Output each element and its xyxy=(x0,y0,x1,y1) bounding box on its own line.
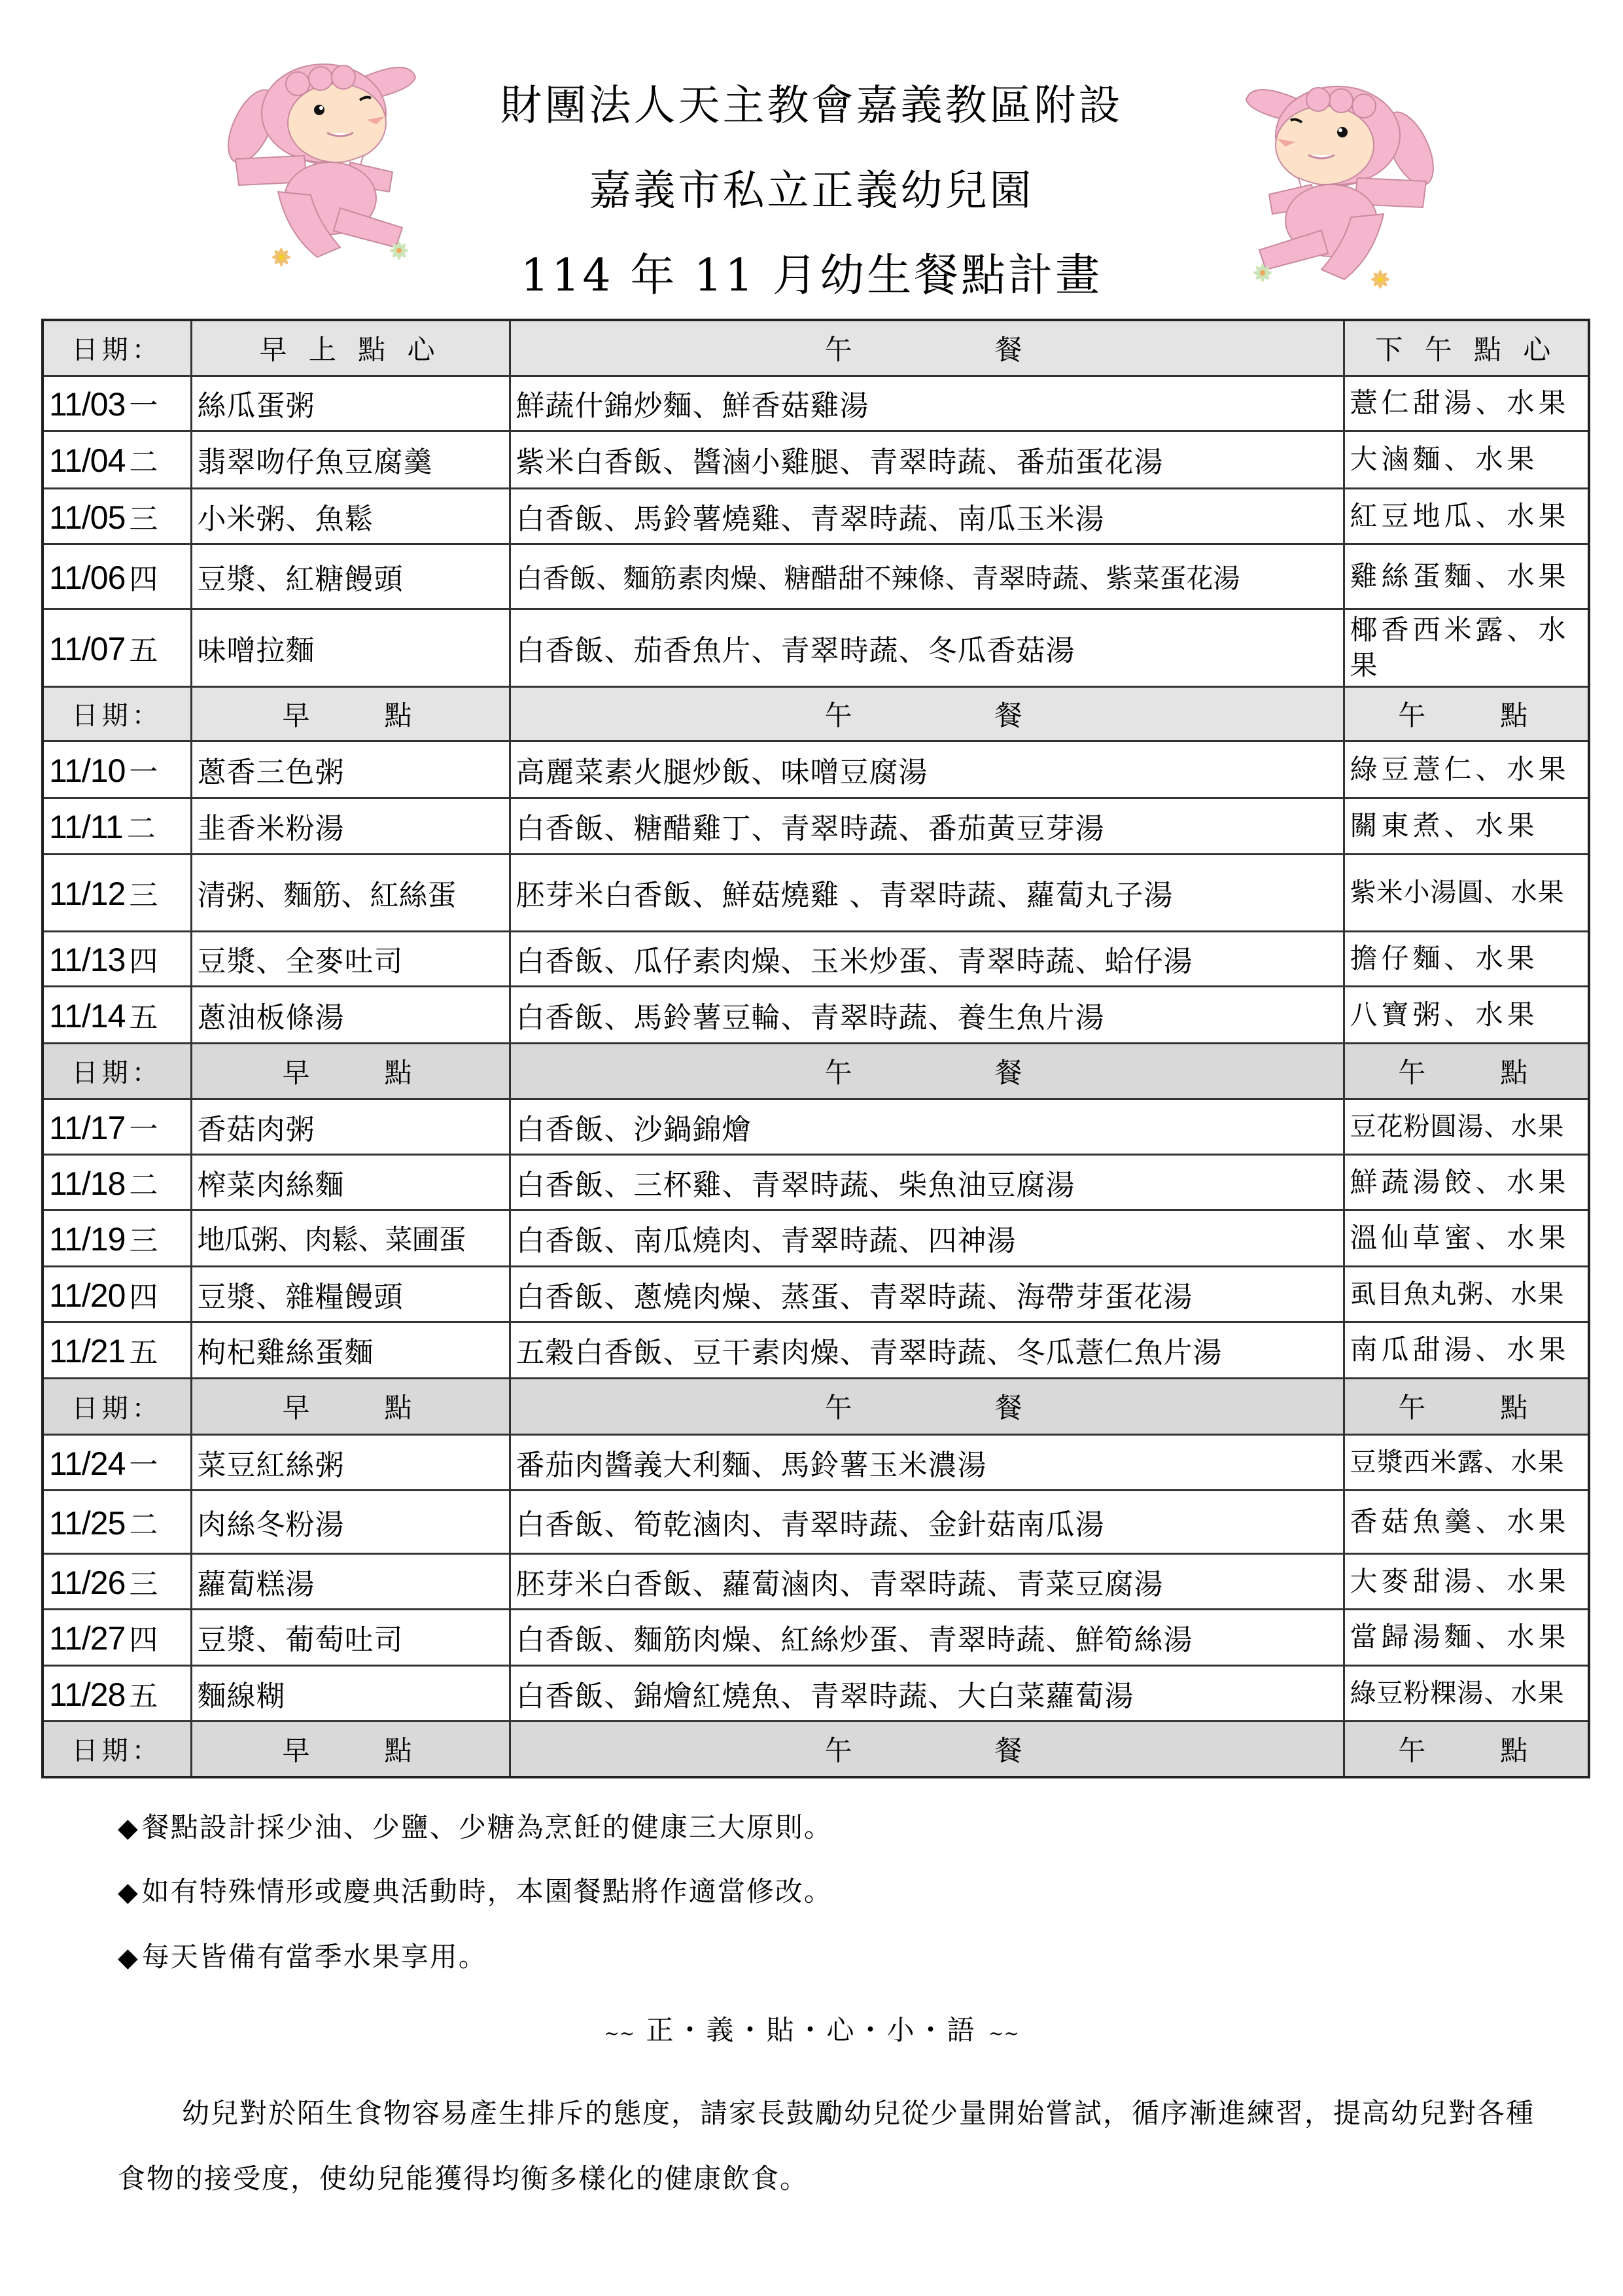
header-breakfast: 早 點 xyxy=(191,1378,510,1434)
date-cell: 11/03一 xyxy=(43,376,191,431)
date-cell: 11/19三 xyxy=(43,1210,191,1266)
date-cell: 11/11二 xyxy=(43,798,191,854)
table-row: 11/17一 香菇肉粥 白香飯、沙鍋錦燴 豆花粉圓湯、水果 xyxy=(43,1099,1589,1154)
diamond-bullet-icon: ◆ xyxy=(118,1943,139,1973)
weekday: 一 xyxy=(129,756,157,789)
snack-cell: 紫米小湯圓、水果 xyxy=(1344,854,1589,931)
diamond-bullet-icon: ◆ xyxy=(118,1877,139,1907)
lunch-cell: 高麗菜素火腿炒飯、味噌豆腐湯 xyxy=(510,741,1344,798)
header-date: 日期： xyxy=(43,1378,191,1434)
table-row: 11/05三 小米粥、魚鬆 白香飯、馬鈴薯燒雞、青翠時蔬、南瓜玉米湯 紅豆地瓜、… xyxy=(43,488,1589,544)
header-breakfast: 早 點 xyxy=(191,1721,510,1777)
table-row: 11/14五 蔥油板條湯 白香飯、馬鈴薯豆輪、青翠時蔬、養生魚片湯 八寶粥、水果 xyxy=(43,986,1589,1043)
note-item: ◆每天皆備有當季水果享用。 xyxy=(118,1935,487,1975)
lunch-cell: 白香飯、三杯雞、青翠時蔬、柴魚油豆腐湯 xyxy=(510,1154,1344,1210)
lunch-cell: 五穀白香飯、豆干素肉燥、青翠時蔬、冬瓜薏仁魚片湯 xyxy=(510,1322,1344,1378)
table-footer-header-row: 日期： 早 點 午 餐 午 點 xyxy=(43,1721,1589,1777)
date-value: 11/24 xyxy=(49,1445,125,1482)
date-cell: 11/24一 xyxy=(43,1434,191,1490)
weekday: 四 xyxy=(129,945,157,978)
weekday: 三 xyxy=(129,879,157,912)
header-date: 日期： xyxy=(43,320,191,376)
weekday: 一 xyxy=(129,1449,157,1482)
date-cell: 11/14五 xyxy=(43,986,191,1043)
table-row: 11/25二 肉絲冬粉湯 白香飯、筍乾滷肉、青翠時蔬、金針菇南瓜湯 香菇魚羹、水… xyxy=(43,1490,1589,1553)
weekday: 二 xyxy=(129,1508,157,1542)
header-snack: 下 午 點 心 xyxy=(1344,320,1589,376)
date-cell: 11/10一 xyxy=(43,741,191,798)
date-value: 11/11 xyxy=(49,809,123,845)
date-cell: 11/07五 xyxy=(43,609,191,686)
note-text: 每天皆備有當季水果享用。 xyxy=(142,1941,487,1973)
date-cell: 11/26三 xyxy=(43,1553,191,1609)
meal-plan-table: 日期： 早 上 點 心 午 餐 下 午 點 心 11/03一 絲瓜蛋粥 鮮蔬什錦… xyxy=(41,319,1590,1778)
date-value: 11/20 xyxy=(49,1277,125,1314)
lunch-cell: 白香飯、馬鈴薯豆輪、青翠時蔬、養生魚片湯 xyxy=(510,986,1344,1043)
snack-cell: 大滷麵、水果 xyxy=(1344,431,1589,488)
weekday: 五 xyxy=(129,1001,157,1034)
table-row: 11/24一 菜豆紅絲粥 番茄肉醬義大利麵、馬鈴薯玉米濃湯 豆漿西米露、水果 xyxy=(43,1434,1589,1490)
header-lunch: 午 餐 xyxy=(510,320,1344,376)
tip-heading: ~~ 正・義・貼・心・小・語 ~~ xyxy=(0,2009,1623,2048)
header-date: 日期： xyxy=(43,686,191,741)
table-row: 11/07五 味噌拉麵 白香飯、茄香魚片、青翠時蔬、冬瓜香菇湯 椰香西米露、水果 xyxy=(43,609,1589,686)
breakfast-cell: 翡翠吻仔魚豆腐羹 xyxy=(191,431,510,488)
header-breakfast: 早 上 點 心 xyxy=(191,320,510,376)
date-value: 11/26 xyxy=(49,1564,125,1601)
date-value: 11/13 xyxy=(49,942,125,978)
breakfast-cell: 豆漿、全麥吐司 xyxy=(191,931,510,986)
table-row: 11/20四 豆漿、雜糧饅頭 白香飯、蔥燒肉燥、蒸蛋、青翠時蔬、海帶芽蛋花湯 虱… xyxy=(43,1266,1589,1322)
date-value: 11/14 xyxy=(49,998,125,1034)
table-header-row: 日期： 早 上 點 心 午 餐 下 午 點 心 xyxy=(43,320,1589,376)
header-date: 日期： xyxy=(43,1721,191,1777)
lunch-cell: 白香飯、南瓜燒肉、青翠時蔬、四神湯 xyxy=(510,1210,1344,1266)
lunch-cell: 胚芽米白香飯、蘿蔔滷肉、青翠時蔬、青菜豆腐湯 xyxy=(510,1553,1344,1609)
weekday: 三 xyxy=(129,1568,157,1601)
date-cell: 11/20四 xyxy=(43,1266,191,1322)
weekday: 四 xyxy=(129,1280,157,1314)
snack-cell: 南瓜甜湯、水果 xyxy=(1344,1322,1589,1378)
tilde-decoration: ~~ xyxy=(988,2022,1019,2044)
snack-cell: 香菇魚羹、水果 xyxy=(1344,1490,1589,1553)
date-cell: 11/17一 xyxy=(43,1099,191,1154)
lunch-cell: 番茄肉醬義大利麵、馬鈴薯玉米濃湯 xyxy=(510,1434,1344,1490)
header-breakfast: 早 點 xyxy=(191,686,510,741)
lunch-cell: 白香飯、糖醋雞丁、青翠時蔬、番茄黃豆芽湯 xyxy=(510,798,1344,854)
note-text: 餐點設計採少油、少鹽、少糖為烹飪的健康三大原則。 xyxy=(142,1811,833,1843)
weekday: 五 xyxy=(129,1680,157,1713)
breakfast-cell: 清粥、麵筋、紅絲蛋 xyxy=(191,854,510,931)
breakfast-cell: 香菇肉粥 xyxy=(191,1099,510,1154)
header-lunch: 午 餐 xyxy=(510,686,1344,741)
lunch-cell: 白香飯、馬鈴薯燒雞、青翠時蔬、南瓜玉米湯 xyxy=(510,488,1344,544)
breakfast-cell: 蘿蔔糕湯 xyxy=(191,1553,510,1609)
date-value: 11/21 xyxy=(49,1333,125,1369)
table-row: 11/13四 豆漿、全麥吐司 白香飯、瓜仔素肉燥、玉米炒蛋、青翠時蔬、蛤仔湯 擔… xyxy=(43,931,1589,986)
lunch-cell: 白香飯、蔥燒肉燥、蒸蛋、青翠時蔬、海帶芽蛋花湯 xyxy=(510,1266,1344,1322)
lamb-mascot-right-icon xyxy=(1240,73,1436,296)
weekday: 三 xyxy=(129,503,157,536)
tip-body-text: 幼兒對於陌生食物容易產生排斥的態度，請家長鼓勵幼兒從少量開始嘗試，循序漸進練習，… xyxy=(118,2081,1557,2212)
table-row: 11/12三 清粥、麵筋、紅絲蛋 胚芽米白香飯、鮮菇燒雞 、青翠時蔬、蘿蔔丸子湯… xyxy=(43,854,1589,931)
weekday: 二 xyxy=(127,812,155,845)
lunch-cell: 白香飯、麵筋肉燥、紅絲炒蛋、青翠時蔬、鮮筍絲湯 xyxy=(510,1609,1344,1665)
snack-cell: 紅豆地瓜、水果 xyxy=(1344,488,1589,544)
breakfast-cell: 蔥油板條湯 xyxy=(191,986,510,1043)
tilde-decoration: ~~ xyxy=(604,2022,635,2044)
table-header-row: 日期： 早 點 午 餐 午 點 xyxy=(43,1378,1589,1434)
header-lunch: 午 餐 xyxy=(510,1721,1344,1777)
date-cell: 11/05三 xyxy=(43,488,191,544)
breakfast-cell: 枸杞雞絲蛋麵 xyxy=(191,1322,510,1378)
snack-cell: 椰香西米露、水果 xyxy=(1344,609,1589,686)
date-value: 11/12 xyxy=(49,875,125,912)
table-row: 11/21五 枸杞雞絲蛋麵 五穀白香飯、豆干素肉燥、青翠時蔬、冬瓜薏仁魚片湯 南… xyxy=(43,1322,1589,1378)
date-value: 11/06 xyxy=(49,559,125,596)
header-date: 日期： xyxy=(43,1043,191,1099)
header-snack: 午 點 xyxy=(1344,686,1589,741)
date-cell: 11/21五 xyxy=(43,1322,191,1378)
breakfast-cell: 麵線糊 xyxy=(191,1665,510,1721)
date-cell: 11/04二 xyxy=(43,431,191,488)
table-row: 11/03一 絲瓜蛋粥 鮮蔬什錦炒麵、鮮香菇雞湯 薏仁甜湯、水果 xyxy=(43,376,1589,431)
date-value: 11/05 xyxy=(49,499,125,536)
lunch-cell: 胚芽米白香飯、鮮菇燒雞 、青翠時蔬、蘿蔔丸子湯 xyxy=(510,854,1344,931)
lunch-cell: 白香飯、錦燴紅燒魚、青翠時蔬、大白菜蘿蔔湯 xyxy=(510,1665,1344,1721)
date-cell: 11/06四 xyxy=(43,544,191,609)
lunch-cell: 白香飯、瓜仔素肉燥、玉米炒蛋、青翠時蔬、蛤仔湯 xyxy=(510,931,1344,986)
date-cell: 11/13四 xyxy=(43,931,191,986)
diamond-bullet-icon: ◆ xyxy=(118,1813,139,1843)
breakfast-cell: 韭香米粉湯 xyxy=(191,798,510,854)
lunch-cell: 白香飯、筍乾滷肉、青翠時蔬、金針菇南瓜湯 xyxy=(510,1490,1344,1553)
date-value: 11/25 xyxy=(49,1505,125,1542)
lunch-cell: 白香飯、沙鍋錦燴 xyxy=(510,1099,1344,1154)
date-value: 11/10 xyxy=(49,752,125,789)
table-header-row: 日期： 早 點 午 餐 午 點 xyxy=(43,686,1589,741)
lunch-cell: 紫米白香飯、醬滷小雞腿、青翠時蔬、番茄蛋花湯 xyxy=(510,431,1344,488)
breakfast-cell: 豆漿、紅糖饅頭 xyxy=(191,544,510,609)
breakfast-cell: 味噌拉麵 xyxy=(191,609,510,686)
breakfast-cell: 菜豆紅絲粥 xyxy=(191,1434,510,1490)
weekday: 一 xyxy=(129,1113,157,1146)
snack-cell: 八寶粥、水果 xyxy=(1344,986,1589,1043)
breakfast-cell: 榨菜肉絲麵 xyxy=(191,1154,510,1210)
header-breakfast: 早 點 xyxy=(191,1043,510,1099)
weekday: 四 xyxy=(129,1623,157,1657)
table-header-row: 日期： 早 點 午 餐 午 點 xyxy=(43,1043,1589,1099)
table-row: 11/11二 韭香米粉湯 白香飯、糖醋雞丁、青翠時蔬、番茄黃豆芽湯 關東煮、水果 xyxy=(43,798,1589,854)
date-cell: 11/27四 xyxy=(43,1609,191,1665)
weekday: 五 xyxy=(129,1336,157,1369)
table-row: 11/10一 蔥香三色粥 高麗菜素火腿炒飯、味噌豆腐湯 綠豆薏仁、水果 xyxy=(43,741,1589,798)
lamb-mascot-left-icon xyxy=(226,51,422,274)
date-cell: 11/25二 xyxy=(43,1490,191,1553)
breakfast-cell: 小米粥、魚鬆 xyxy=(191,488,510,544)
snack-cell: 薏仁甜湯、水果 xyxy=(1344,376,1589,431)
date-value: 11/28 xyxy=(49,1676,125,1713)
table-row: 11/27四 豆漿、葡萄吐司 白香飯、麵筋肉燥、紅絲炒蛋、青翠時蔬、鮮筍絲湯 當… xyxy=(43,1609,1589,1665)
date-value: 11/03 xyxy=(49,386,125,423)
breakfast-cell: 肉絲冬粉湯 xyxy=(191,1490,510,1553)
date-cell: 11/12三 xyxy=(43,854,191,931)
breakfast-cell: 蔥香三色粥 xyxy=(191,741,510,798)
header-lunch: 午 餐 xyxy=(510,1043,1344,1099)
snack-cell: 大麥甜湯、水果 xyxy=(1344,1553,1589,1609)
snack-cell: 綠豆薏仁、水果 xyxy=(1344,741,1589,798)
weekday: 一 xyxy=(129,389,157,423)
lunch-cell: 鮮蔬什錦炒麵、鮮香菇雞湯 xyxy=(510,376,1344,431)
breakfast-cell: 豆漿、雜糧饅頭 xyxy=(191,1266,510,1322)
table-row: 11/18二 榨菜肉絲麵 白香飯、三杯雞、青翠時蔬、柴魚油豆腐湯 鮮蔬湯餃、水果 xyxy=(43,1154,1589,1210)
snack-cell: 豆花粉圓湯、水果 xyxy=(1344,1099,1589,1154)
header-lunch: 午 餐 xyxy=(510,1378,1344,1434)
header-snack: 午 點 xyxy=(1344,1378,1589,1434)
date-value: 11/19 xyxy=(49,1221,125,1258)
table-row: 11/26三 蘿蔔糕湯 胚芽米白香飯、蘿蔔滷肉、青翠時蔬、青菜豆腐湯 大麥甜湯、… xyxy=(43,1553,1589,1609)
note-item: ◆如有特殊情形或慶典活動時，本園餐點將作適當修改。 xyxy=(118,1870,833,1909)
table-row: 11/06四 豆漿、紅糖饅頭 白香飯、麵筋素肉燥、糖醋甜不辣條、青翠時蔬、紫菜蛋… xyxy=(43,544,1589,609)
note-text: 如有特殊情形或慶典活動時，本園餐點將作適當修改。 xyxy=(142,1875,833,1907)
table-row: 11/04二 翡翠吻仔魚豆腐羹 紫米白香飯、醬滷小雞腿、青翠時蔬、番茄蛋花湯 大… xyxy=(43,431,1589,488)
snack-cell: 關東煮、水果 xyxy=(1344,798,1589,854)
snack-cell: 豆漿西米露、水果 xyxy=(1344,1434,1589,1490)
breakfast-cell: 豆漿、葡萄吐司 xyxy=(191,1609,510,1665)
lunch-cell: 白香飯、茄香魚片、青翠時蔬、冬瓜香菇湯 xyxy=(510,609,1344,686)
date-value: 11/17 xyxy=(49,1110,125,1146)
weekday: 五 xyxy=(129,634,157,667)
date-value: 11/07 xyxy=(49,631,125,667)
date-value: 11/18 xyxy=(49,1165,125,1202)
snack-cell: 鮮蔬湯餃、水果 xyxy=(1344,1154,1589,1210)
breakfast-cell: 地瓜粥、肉鬆、菜圃蛋 xyxy=(191,1210,510,1266)
table-row: 11/28五 麵線糊 白香飯、錦燴紅燒魚、青翠時蔬、大白菜蘿蔔湯 綠豆粉粿湯、水… xyxy=(43,1665,1589,1721)
weekday: 二 xyxy=(129,1169,157,1202)
breakfast-cell: 絲瓜蛋粥 xyxy=(191,376,510,431)
snack-cell: 雞絲蛋麵、水果 xyxy=(1344,544,1589,609)
weekday: 四 xyxy=(129,563,157,596)
lunch-cell: 白香飯、麵筋素肉燥、糖醋甜不辣條、青翠時蔬、紫菜蛋花湯 xyxy=(510,544,1344,609)
snack-cell: 虱目魚丸粥、水果 xyxy=(1344,1266,1589,1322)
header-snack: 午 點 xyxy=(1344,1721,1589,1777)
date-cell: 11/18二 xyxy=(43,1154,191,1210)
snack-cell: 當歸湯麵、水果 xyxy=(1344,1609,1589,1665)
weekday: 二 xyxy=(129,446,157,479)
date-value: 11/27 xyxy=(49,1620,125,1657)
snack-cell: 綠豆粉粿湯、水果 xyxy=(1344,1665,1589,1721)
tip-title-text: 正・義・貼・心・小・語 xyxy=(646,2014,977,2046)
note-item: ◆餐點設計採少油、少鹽、少糖為烹飪的健康三大原則。 xyxy=(118,1806,833,1845)
header-snack: 午 點 xyxy=(1344,1043,1589,1099)
snack-cell: 溫仙草蜜、水果 xyxy=(1344,1210,1589,1266)
date-value: 11/04 xyxy=(49,442,125,479)
table-row: 11/19三 地瓜粥、肉鬆、菜圃蛋 白香飯、南瓜燒肉、青翠時蔬、四神湯 溫仙草蜜… xyxy=(43,1210,1589,1266)
snack-cell: 擔仔麵、水果 xyxy=(1344,931,1589,986)
weekday: 三 xyxy=(129,1224,157,1258)
date-cell: 11/28五 xyxy=(43,1665,191,1721)
